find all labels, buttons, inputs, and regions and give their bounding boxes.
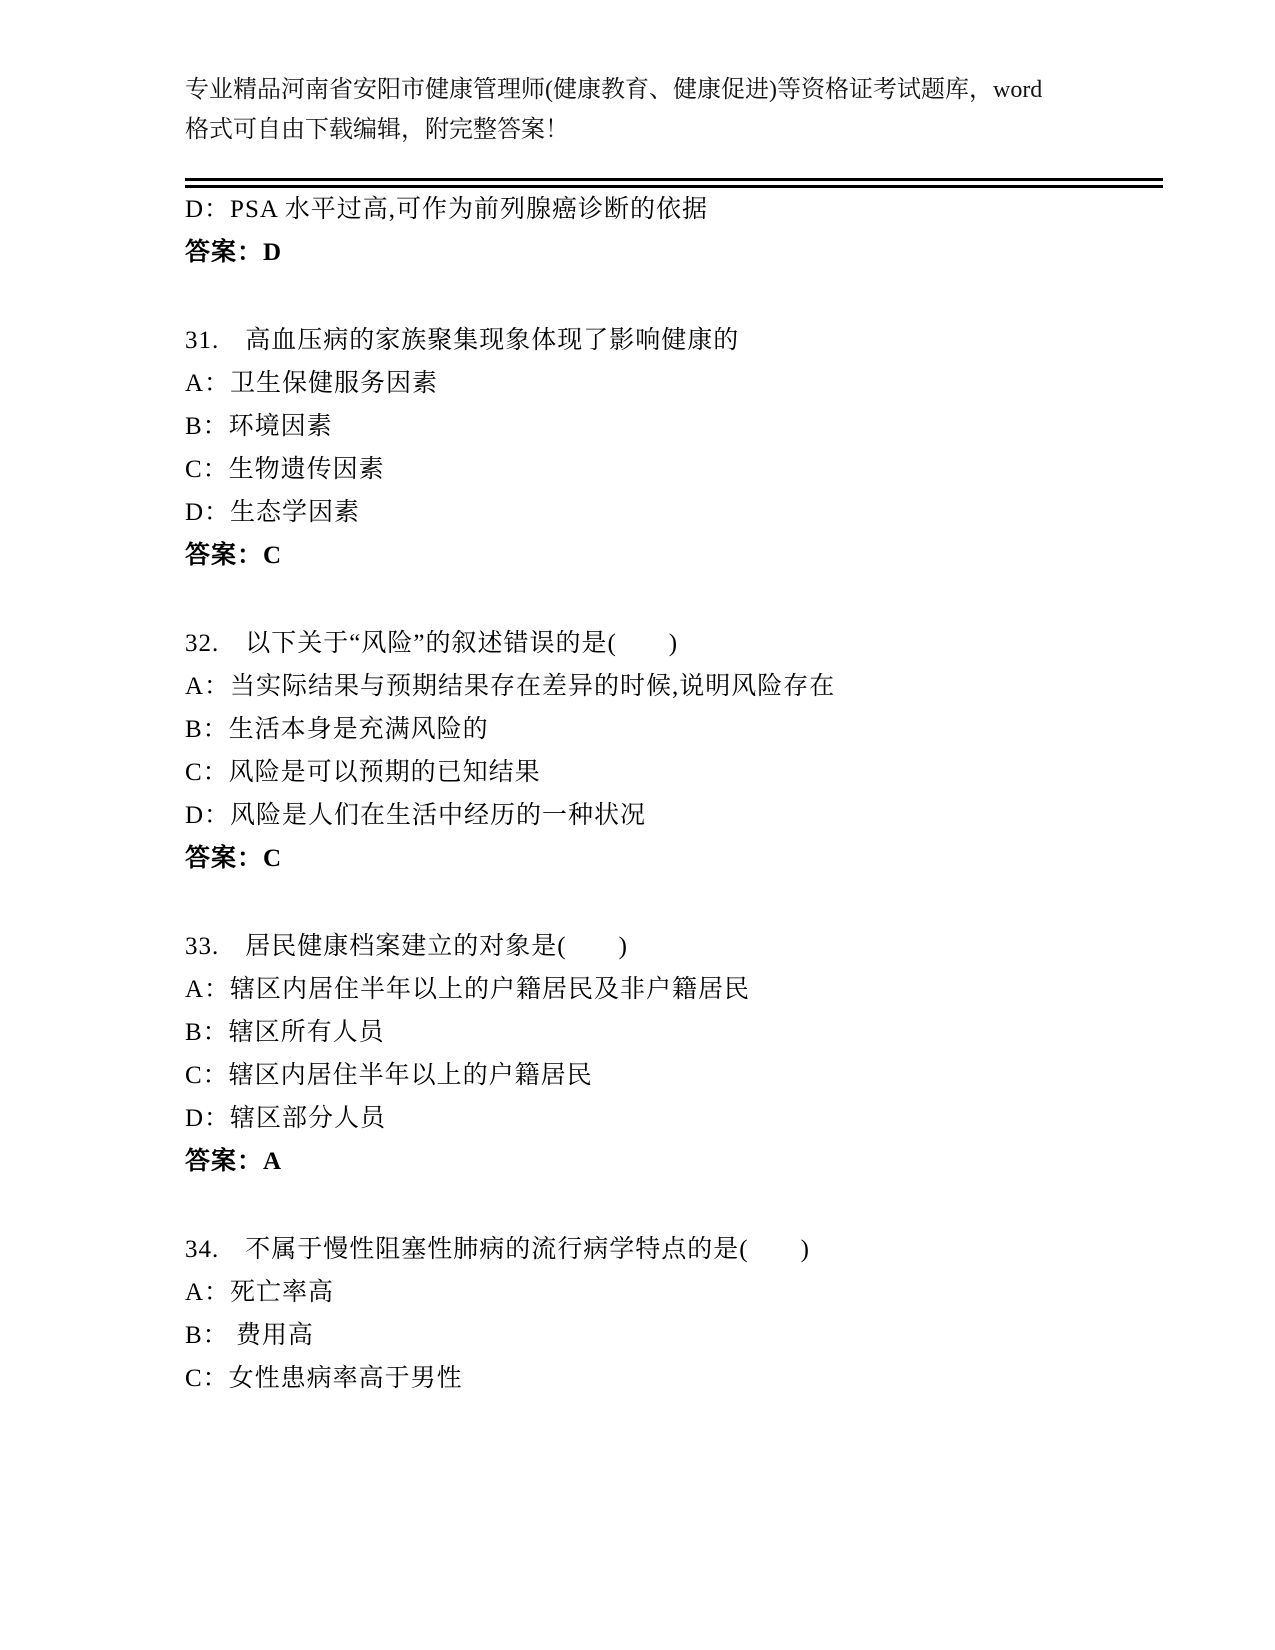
question-option: A：死亡率高 — [185, 1271, 1163, 1314]
question-30-option-d: D：PSA 水平过高,可作为前列腺癌诊断的依据 — [185, 188, 1163, 231]
question-34: 34. 不属于慢性阻塞性肺病的流行病学特点的是( ) A：死亡率高 B： 费用高… — [185, 1228, 1163, 1400]
document-body: D：PSA 水平过高,可作为前列腺癌诊断的依据 答案：D 31. 高血压病的家族… — [185, 188, 1163, 1400]
question-option: B：环境因素 — [185, 405, 1163, 448]
header-line-2: 格式可自由下载编辑，附完整答案！ — [185, 110, 1163, 150]
question-option: C：女性患病率高于男性 — [185, 1357, 1163, 1400]
question-stem: 33. 居民健康档案建立的对象是( ) — [185, 925, 1163, 968]
question-33: 33. 居民健康档案建立的对象是( ) A：辖区内居住半年以上的户籍居民及非户籍… — [185, 925, 1163, 1183]
question-option: C：辖区内居住半年以上的户籍居民 — [185, 1054, 1163, 1097]
header-line-1: 专业精品河南省安阳市健康管理师(健康教育、健康促进)等资格证考试题库，word — [185, 70, 1163, 110]
question-answer: 答案：A — [185, 1140, 1163, 1183]
question-stem: 34. 不属于慢性阻塞性肺病的流行病学特点的是( ) — [185, 1228, 1163, 1271]
question-option: C：生物遗传因素 — [185, 448, 1163, 491]
question-option: A：当实际结果与预期结果存在差异的时候,说明风险存在 — [185, 665, 1163, 708]
question-30-answer: 答案：D — [185, 231, 1163, 274]
question-answer: 答案：C — [185, 837, 1163, 880]
question-31: 31. 高血压病的家族聚集现象体现了影响健康的 A：卫生保健服务因素 B：环境因… — [185, 319, 1163, 577]
question-option: D：风险是人们在生活中经历的一种状况 — [185, 794, 1163, 837]
question-32: 32. 以下关于“风险”的叙述错误的是( ) A：当实际结果与预期结果存在差异的… — [185, 622, 1163, 880]
question-option: D：辖区部分人员 — [185, 1097, 1163, 1140]
question-stem: 32. 以下关于“风险”的叙述错误的是( ) — [185, 622, 1163, 665]
question-answer: 答案：C — [185, 534, 1163, 577]
question-option: A：辖区内居住半年以上的户籍居民及非户籍居民 — [185, 968, 1163, 1011]
question-option: B： 费用高 — [185, 1314, 1163, 1357]
question-option: B：辖区所有人员 — [185, 1011, 1163, 1054]
document-header: 专业精品河南省安阳市健康管理师(健康教育、健康促进)等资格证考试题库，word … — [185, 70, 1163, 150]
document-page: 专业精品河南省安阳市健康管理师(健康教育、健康促进)等资格证考试题库，word … — [0, 0, 1275, 1650]
question-option: D：生态学因素 — [185, 491, 1163, 534]
question-option: A：卫生保健服务因素 — [185, 362, 1163, 405]
question-stem: 31. 高血压病的家族聚集现象体现了影响健康的 — [185, 319, 1163, 362]
header-divider — [185, 178, 1163, 188]
question-option: C：风险是可以预期的已知结果 — [185, 751, 1163, 794]
question-option: B：生活本身是充满风险的 — [185, 708, 1163, 751]
